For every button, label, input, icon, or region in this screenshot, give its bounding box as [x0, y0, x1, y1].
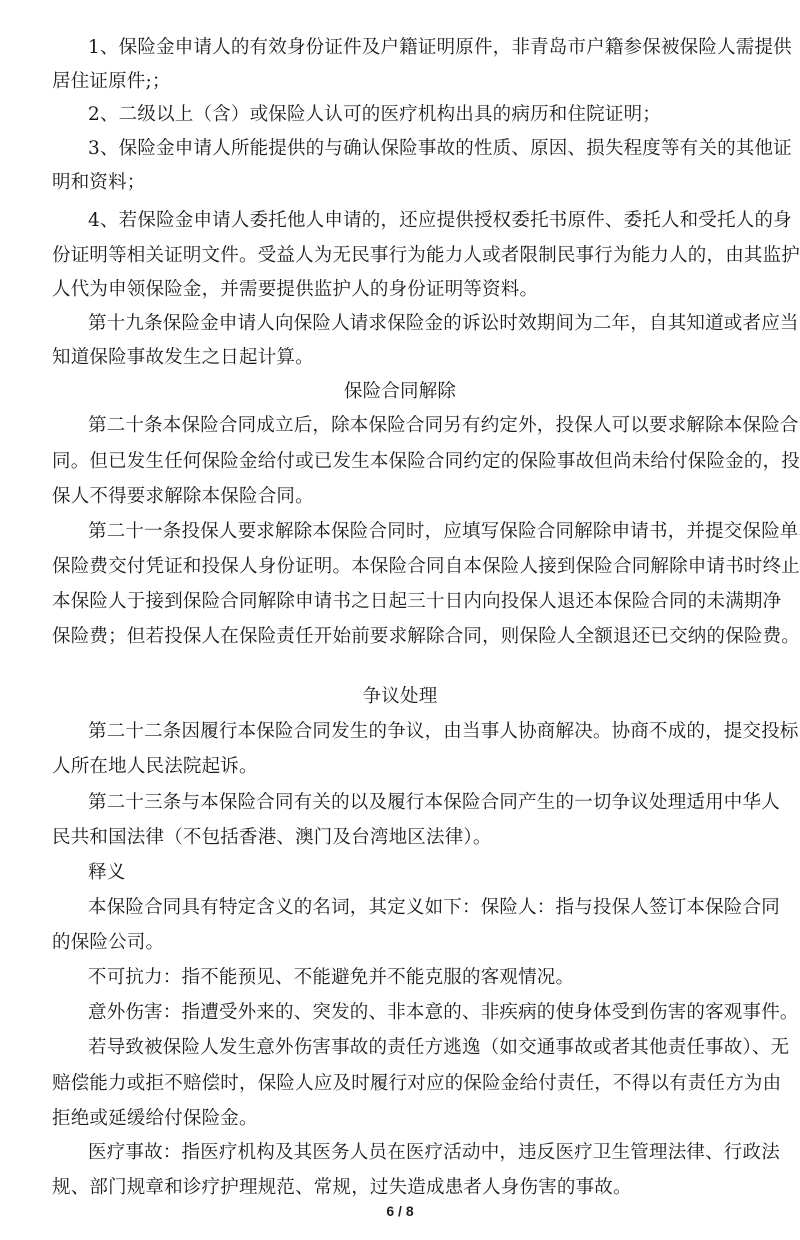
paragraph-line: 民共和国法律（不包括香港、澳门及台湾地区法律）。	[52, 826, 492, 850]
paragraph-line: 的保险公司。	[52, 931, 164, 955]
page-number: 6 / 8	[0, 1203, 800, 1219]
paragraph-line: 第十九条保险金申请人向保险人请求保险金的诉讼时效期间为二年，自其知道或者应当	[88, 312, 799, 336]
paragraph-line: 第二十一条投保人要求解除本保险合同时，应填写保险合同解除申请书，并提交保险单、	[88, 520, 800, 544]
paragraph-line: 知道保险事故发生之日起计算。	[52, 346, 314, 370]
paragraph-line: 若导致被保险人发生意外伤害事故的责任方逃逸（如交通事故或者其他责任事故）、无	[88, 1036, 789, 1060]
paragraph-line: 同。但已发生任何保险金给付或已发生本保险合同约定的保险事故但尚未给付保险金的，投	[52, 450, 800, 474]
section-label-definitions: 释义	[88, 861, 125, 885]
paragraph-line: 份证明等相关证明文件。受益人为无民事行为能力人或者限制民事行为能力人的，由其监护	[52, 244, 800, 268]
paragraph-line: 明和资料；	[52, 171, 146, 195]
paragraph-line: 规、部门规章和诊疗护理规范、常规，过失造成患者人身伤害的事故。	[52, 1176, 632, 1200]
paragraph-line: 3、保险金申请人所能提供的与确认保险事故的性质、原因、损失程度等有关的其他证	[88, 137, 792, 161]
paragraph-line: 人代为申领保险金，并需要提供监护人的身份证明等资料。	[52, 278, 538, 302]
paragraph-line: 2、二级以上（含）或保险人认可的医疗机构出具的病历和住院证明；	[88, 103, 661, 127]
paragraph-line: 本保险人于接到保险合同解除申请书之日起三十日内向投保人退还本保险合同的未满期净	[52, 590, 781, 614]
paragraph-line: 第二十条本保险合同成立后，除本保险合同另有约定外，投保人可以要求解除本保险合	[88, 414, 799, 438]
section-heading-termination: 保险合同解除	[0, 380, 800, 404]
paragraph-line: 保险费交付凭证和投保人身份证明。本保险合同自本保险人接到保险合同解除申请书时终止…	[52, 555, 800, 579]
paragraph-line: 保险费；但若投保人在保险责任开始前要求解除合同，则保险人全额退还已交纳的保险费。	[52, 625, 800, 649]
paragraph-line: 第二十三条与本保险合同有关的以及履行本保险合同产生的一切争议处理适用中华人	[88, 791, 780, 815]
paragraph-line: 4、若保险金申请人委托他人申请的，还应提供授权委托书原件、委托人和受托人的身	[88, 209, 792, 233]
document-page: 1、保险金申请人的有效身份证件及户籍证明原件，非青岛市户籍参保被保险人需提供 居…	[0, 0, 800, 1240]
section-heading-disputes: 争议处理	[0, 685, 800, 709]
paragraph-line: 人所在地人民法院起诉。	[52, 755, 258, 779]
paragraph-line: 保人不得要求解除本保险合同。	[52, 485, 314, 509]
paragraph-line: 1、保险金申请人的有效身份证件及户籍证明原件，非青岛市户籍参保被保险人需提供	[88, 36, 792, 60]
paragraph-line: 医疗事故：指医疗机构及其医务人员在医疗活动中，违反医疗卫生管理法律、行政法	[88, 1141, 780, 1165]
paragraph-line: 本保险合同具有特定含义的名词，其定义如下：保险人：指与投保人签订本保险合同	[88, 896, 780, 920]
paragraph-line: 第二十二条因履行本保险合同发生的争议，由当事人协商解决。协商不成的，提交投标	[88, 720, 799, 744]
paragraph-line: 不可抗力：指不能预见、不能避免并不能克服的客观情况。	[88, 966, 574, 990]
paragraph-line: 拒绝或延缓给付保险金。	[52, 1107, 258, 1131]
paragraph-line: 居住证原件;；	[52, 70, 171, 94]
paragraph-line: 赔偿能力或拒不赔偿时，保险人应及时履行对应的保险金给付责任，不得以有责任方为由	[52, 1072, 781, 1096]
paragraph-line: 意外伤害：指遭受外来的、突发的、非本意的、非疾病的使身体受到伤害的客观事件。	[88, 1001, 799, 1025]
